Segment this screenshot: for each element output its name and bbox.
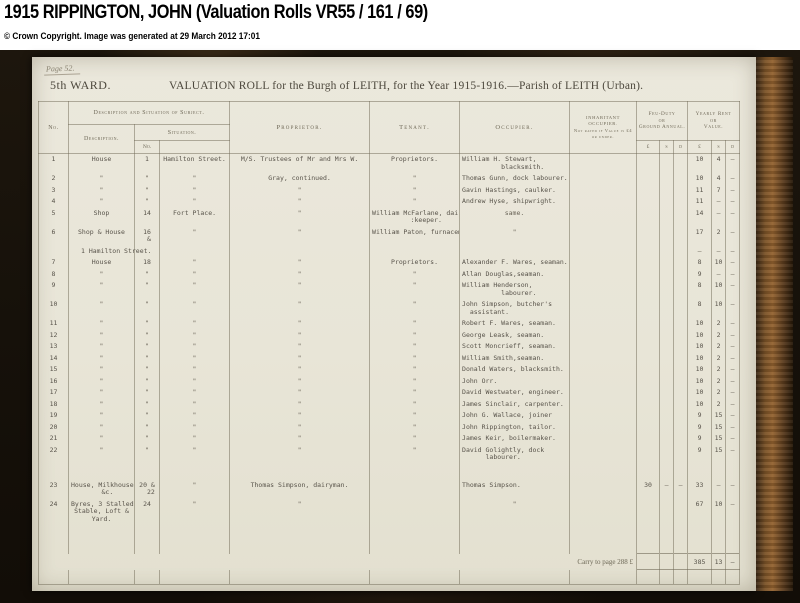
- cell: –: [726, 196, 740, 208]
- cell: ": [370, 318, 460, 330]
- page-number-note: Page 52.: [44, 63, 81, 75]
- cell: ": [135, 269, 160, 281]
- cell: ": [370, 364, 460, 376]
- filler-row: [39, 570, 740, 585]
- cell: –: [726, 154, 740, 174]
- cell: 2: [712, 364, 726, 376]
- cell: [674, 269, 688, 281]
- cell: Allan Douglas,seaman.: [460, 269, 570, 281]
- cell: [660, 422, 674, 434]
- cell: ": [135, 399, 160, 411]
- cell: ": [135, 410, 160, 422]
- cell: 4: [712, 154, 726, 174]
- cell: [370, 246, 460, 258]
- cell: [674, 341, 688, 353]
- valuation-row: 1 Hamilton Street.–––: [39, 246, 740, 258]
- cell: 23: [39, 464, 69, 499]
- valuation-row: 17"""""David Westwater, engineer.102–: [39, 387, 740, 399]
- cell: [570, 257, 637, 269]
- cell: [570, 341, 637, 353]
- cell: 16 &: [135, 227, 160, 246]
- cell: –: [726, 399, 740, 411]
- cell: [674, 227, 688, 246]
- rent-pence: d: [726, 141, 740, 154]
- cell: 2: [712, 330, 726, 342]
- cell: ": [160, 399, 230, 411]
- cell: [637, 318, 660, 330]
- rent-shillings: s: [712, 141, 726, 154]
- feu-total-shillings: [660, 554, 674, 570]
- cell: [660, 227, 674, 246]
- valuation-row: 9"""""William Henderson, labourer.810–: [39, 280, 740, 299]
- cell: [637, 154, 660, 174]
- cell: 15: [39, 364, 69, 376]
- cell: ": [135, 196, 160, 208]
- roll-title: VALUATION ROLL for the Burgh of LEITH, f…: [169, 80, 643, 92]
- cell: William Smith,seaman.: [460, 353, 570, 365]
- cell: ": [69, 422, 135, 434]
- cell: 10: [688, 173, 712, 185]
- valuation-row: 3"""""Gavin Hastings, caulker.117–: [39, 185, 740, 197]
- cell: [570, 499, 637, 526]
- cell: –: [726, 185, 740, 197]
- valuation-row: 8"""""Allan Douglas,seaman.9––: [39, 269, 740, 281]
- cell: 10: [688, 341, 712, 353]
- cell: ": [160, 422, 230, 434]
- cell: 9: [688, 422, 712, 434]
- feu-shillings: s: [660, 141, 674, 154]
- cell: –: [726, 257, 740, 269]
- cell: 10: [39, 299, 69, 318]
- cell: –: [726, 330, 740, 342]
- feu-total-pence: [674, 554, 688, 570]
- cell: [674, 364, 688, 376]
- cell: [637, 227, 660, 246]
- cell: ": [69, 410, 135, 422]
- cell: 8: [39, 269, 69, 281]
- cell: ": [135, 299, 160, 318]
- cell: Robert F. Wares, seaman.: [460, 318, 570, 330]
- cell: 9: [39, 280, 69, 299]
- cell: [660, 399, 674, 411]
- cell: 20: [39, 422, 69, 434]
- cell: [674, 196, 688, 208]
- cell: [637, 353, 660, 365]
- cell: [660, 154, 674, 174]
- cell: 1: [135, 154, 160, 174]
- cell: [637, 422, 660, 434]
- cell: [660, 341, 674, 353]
- cell: 24: [135, 499, 160, 526]
- cell: –: [712, 208, 726, 227]
- cell: James Keir, boilermaker.: [460, 433, 570, 445]
- cell: [637, 280, 660, 299]
- cell: –: [726, 464, 740, 499]
- valuation-roll-page: Page 52. 5th WARD. VALUATION ROLL for th…: [32, 57, 756, 591]
- cell: 17: [39, 387, 69, 399]
- cell: ": [69, 269, 135, 281]
- cell: [570, 299, 637, 318]
- cell: ": [370, 445, 460, 464]
- cell: ": [230, 364, 370, 376]
- cell: ": [460, 499, 570, 526]
- cell: [570, 227, 637, 246]
- cell: ": [69, 387, 135, 399]
- cell: ": [135, 353, 160, 365]
- cell: ": [69, 399, 135, 411]
- valuation-row: 6Shop & House16 &""William Paton, furnac…: [39, 227, 740, 246]
- cell: –: [726, 227, 740, 246]
- cell: ": [230, 299, 370, 318]
- cell: [637, 410, 660, 422]
- cell: [674, 353, 688, 365]
- cell: –: [726, 410, 740, 422]
- cell: same.: [460, 208, 570, 227]
- cell: 10: [688, 330, 712, 342]
- cell: [674, 246, 688, 258]
- cell: [660, 410, 674, 422]
- cell: Byres, 3 Stalled Stable, Loft & Yard.: [69, 499, 135, 526]
- cell: ": [370, 433, 460, 445]
- cell: ": [230, 185, 370, 197]
- cell: ": [160, 330, 230, 342]
- col-yearly-rent: Yearly Rent or Value.: [688, 102, 740, 141]
- cell: William Paton, furnaceman.: [370, 227, 460, 246]
- col-description: Description.: [69, 125, 135, 154]
- valuation-row: 10"""""John Simpson, butcher's assistant…: [39, 299, 740, 318]
- cell: 10: [688, 376, 712, 388]
- cell: Proprietors.: [370, 257, 460, 269]
- cell: –: [726, 364, 740, 376]
- cell: ": [160, 257, 230, 269]
- rent-pound: £: [688, 141, 712, 154]
- cell: ": [160, 269, 230, 281]
- cell: Shop: [69, 208, 135, 227]
- cell: [674, 499, 688, 526]
- cell: [637, 299, 660, 318]
- cell: ": [230, 353, 370, 365]
- cell: [570, 330, 637, 342]
- cell: [570, 387, 637, 399]
- cell: ": [160, 387, 230, 399]
- cell: ": [135, 387, 160, 399]
- pound-sign: £: [630, 558, 634, 566]
- cell: 3: [39, 185, 69, 197]
- cell: ": [160, 464, 230, 499]
- cell: 11: [39, 318, 69, 330]
- cell: 16: [39, 376, 69, 388]
- cell: 10: [712, 257, 726, 269]
- cell: ": [370, 422, 460, 434]
- cell: ": [160, 185, 230, 197]
- cell: ": [160, 445, 230, 464]
- cell: ": [69, 196, 135, 208]
- carry-label-cell: Carry to page 288 £: [570, 554, 637, 570]
- table-footer: Carry to page 288 £ 385 13 –: [39, 525, 740, 585]
- cell: ": [135, 341, 160, 353]
- rent-total-shillings: 13: [712, 554, 726, 570]
- cell: [570, 433, 637, 445]
- cell: [674, 330, 688, 342]
- cell: 33: [688, 464, 712, 499]
- cell: [570, 269, 637, 281]
- cell: [230, 246, 370, 258]
- cell: Alexander F. Wares, seaman.: [460, 257, 570, 269]
- cell: ": [160, 410, 230, 422]
- cell: [660, 208, 674, 227]
- cell: ": [160, 318, 230, 330]
- cell: [674, 318, 688, 330]
- cell: ": [230, 208, 370, 227]
- cell: William McFarlane, dairy- :keeper.: [370, 208, 460, 227]
- cell: [660, 173, 674, 185]
- cell: Gray, continued.: [230, 173, 370, 185]
- cell: [370, 499, 460, 526]
- cell: [674, 208, 688, 227]
- cell: ": [370, 399, 460, 411]
- cell: [637, 173, 660, 185]
- caption-bar: 1915 RIPPINGTON, JOHN (Valuation Rolls V…: [0, 0, 800, 50]
- cell: 11: [688, 185, 712, 197]
- cell: Andrew Hyse, shipwright.: [460, 196, 570, 208]
- cell: 18: [39, 399, 69, 411]
- cell: Gavin Hastings, caulker.: [460, 185, 570, 197]
- cell: 2: [712, 387, 726, 399]
- cell: [570, 154, 637, 174]
- cell: 15: [712, 410, 726, 422]
- record-title: 1915 RIPPINGTON, JOHN (Valuation Rolls V…: [4, 2, 428, 24]
- cell: ": [135, 173, 160, 185]
- cell: William Henderson, labourer.: [460, 280, 570, 299]
- cell: [674, 299, 688, 318]
- cell: ": [230, 422, 370, 434]
- feu-pound: £: [637, 141, 660, 154]
- cell: [570, 410, 637, 422]
- cell: 10: [688, 387, 712, 399]
- cell: [674, 445, 688, 464]
- cell: 15: [712, 422, 726, 434]
- document-photo[interactable]: Page 52. 5th WARD. VALUATION ROLL for th…: [0, 50, 800, 603]
- cell: [637, 399, 660, 411]
- cell: [570, 464, 637, 499]
- cell: House, Milkhouse, &c.: [69, 464, 135, 499]
- valuation-table: No. Description and Situation of Subject…: [38, 101, 740, 585]
- cell: –: [726, 269, 740, 281]
- cell: Thomas Simpson.: [460, 464, 570, 499]
- cell: –: [712, 196, 726, 208]
- valuation-row: 16"""""John Orr.102–: [39, 376, 740, 388]
- record-viewer: 1915 RIPPINGTON, JOHN (Valuation Rolls V…: [0, 0, 800, 603]
- cell: ": [230, 387, 370, 399]
- cell: 19: [39, 410, 69, 422]
- cell: ": [69, 299, 135, 318]
- valuation-row: 13"""""Scott Moncrieff, seaman.102–: [39, 341, 740, 353]
- valuation-row: 14"""""William Smith,seaman.102–: [39, 353, 740, 365]
- cell: [637, 433, 660, 445]
- cell: ": [160, 433, 230, 445]
- cell: [637, 246, 660, 258]
- cell: 7: [712, 185, 726, 197]
- valuation-row: 23House, Milkhouse, &c.20 & 22"Thomas Si…: [39, 464, 740, 499]
- cell: 10: [688, 353, 712, 365]
- cell: 20 & 22: [135, 464, 160, 499]
- cell: ": [370, 299, 460, 318]
- cell: ": [160, 227, 230, 246]
- valuation-row: 2"""Gray, continued."Thomas Gunn, dock l…: [39, 173, 740, 185]
- cell: [637, 376, 660, 388]
- cell: –: [726, 173, 740, 185]
- cell: [674, 410, 688, 422]
- col-feu-duty: Feu-Duty or Ground Annual.: [637, 102, 688, 141]
- cell: 2: [712, 353, 726, 365]
- cell: ": [230, 499, 370, 526]
- col-group-desc-sit: Description and Situation of Subject.: [69, 102, 230, 125]
- cell: [570, 422, 637, 434]
- col-occupier: Occupier.: [460, 102, 570, 154]
- cell: –: [726, 353, 740, 365]
- cell: 67: [688, 499, 712, 526]
- cell: John G. Wallace, joiner: [460, 410, 570, 422]
- cell: ": [69, 433, 135, 445]
- cell: ": [370, 376, 460, 388]
- valuation-row: 20"""""John Rippington, tailor.915–: [39, 422, 740, 434]
- cell: 2: [39, 173, 69, 185]
- cell: Hamilton Street.: [160, 154, 230, 174]
- cell: ": [230, 269, 370, 281]
- cell: 9: [688, 445, 712, 464]
- cell: [637, 208, 660, 227]
- cell: ": [160, 376, 230, 388]
- cell: ": [160, 299, 230, 318]
- cell: 14: [688, 208, 712, 227]
- cell: 13: [39, 341, 69, 353]
- cell: John Rippington, tailor.: [460, 422, 570, 434]
- valuation-row: 4"""""Andrew Hyse, shipwright.11––: [39, 196, 740, 208]
- col-no: No.: [39, 102, 69, 154]
- cell: House: [69, 154, 135, 174]
- cell: 2: [712, 399, 726, 411]
- valuation-rows: 1House1Hamilton Street.M/S. Trustees of …: [39, 154, 740, 526]
- book-page-edges: [756, 57, 793, 591]
- rent-total-pounds: 385: [688, 554, 712, 570]
- cell: [674, 376, 688, 388]
- cell: [39, 246, 69, 258]
- valuation-row: 24Byres, 3 Stalled Stable, Loft & Yard.2…: [39, 499, 740, 526]
- cell: 30: [637, 464, 660, 499]
- col-inhabitant-occupier: INHABITANT OCCUPIER. Not rated if Value …: [570, 102, 637, 154]
- cell: 14: [135, 208, 160, 227]
- cell: [660, 376, 674, 388]
- cell: 15: [712, 433, 726, 445]
- cell: James Sinclair, carpenter.: [460, 399, 570, 411]
- cell: [637, 364, 660, 376]
- cell: [660, 280, 674, 299]
- cell: [660, 499, 674, 526]
- cell: [674, 185, 688, 197]
- cell: –: [688, 246, 712, 258]
- cell: [570, 353, 637, 365]
- cell: ": [230, 445, 370, 464]
- col-tenant: Tenant.: [370, 102, 460, 154]
- cell: ": [230, 257, 370, 269]
- cell: ": [69, 280, 135, 299]
- cell: Shop & House: [69, 227, 135, 246]
- cell: 12: [39, 330, 69, 342]
- cell: ": [370, 185, 460, 197]
- cell: ": [370, 173, 460, 185]
- cell: ": [370, 387, 460, 399]
- carry-forward-row: Carry to page 288 £ 385 13 –: [39, 554, 740, 570]
- cell: 18: [135, 257, 160, 269]
- cell: 9: [688, 410, 712, 422]
- cell: [570, 196, 637, 208]
- valuation-row: 19"""""John G. Wallace, joiner915–: [39, 410, 740, 422]
- cell: ": [370, 410, 460, 422]
- cell: ": [230, 376, 370, 388]
- cell: [674, 399, 688, 411]
- cell: ": [370, 341, 460, 353]
- cell: ": [160, 364, 230, 376]
- cell: [370, 464, 460, 499]
- carry-blank: [39, 554, 570, 570]
- col-proprietor: Proprietor.: [230, 102, 370, 154]
- cell: 10: [688, 318, 712, 330]
- cell: –: [726, 445, 740, 464]
- col-street-no: No.: [135, 141, 160, 154]
- cell: ": [160, 280, 230, 299]
- cell: ": [135, 330, 160, 342]
- valuation-row: 22"""""David Golightly, dock labourer.91…: [39, 445, 740, 464]
- ward-label: 5th WARD.: [50, 78, 111, 93]
- cell: 5: [39, 208, 69, 227]
- cell: 6: [39, 227, 69, 246]
- cell: [570, 399, 637, 411]
- cell: [660, 433, 674, 445]
- cell: [637, 499, 660, 526]
- cell: 9: [688, 433, 712, 445]
- cell: 1 Hamilton Street.: [69, 246, 135, 258]
- cell: –: [726, 376, 740, 388]
- cell: –: [712, 464, 726, 499]
- cell: 8: [688, 280, 712, 299]
- col-situation: Situation.: [135, 125, 230, 141]
- cell: –: [726, 299, 740, 318]
- cell: ": [230, 318, 370, 330]
- blank-gap-row: [39, 525, 740, 554]
- cell: [160, 246, 230, 258]
- cell: ": [135, 376, 160, 388]
- cell: ": [160, 353, 230, 365]
- cell: George Leask, seaman.: [460, 330, 570, 342]
- cell: David Golightly, dock labourer.: [460, 445, 570, 464]
- cell: ": [135, 422, 160, 434]
- cell: [674, 257, 688, 269]
- cell: 10: [712, 299, 726, 318]
- cell: ": [230, 399, 370, 411]
- cell: –: [674, 464, 688, 499]
- cell: [660, 318, 674, 330]
- cell: [674, 154, 688, 174]
- cell: ": [230, 341, 370, 353]
- cell: 2: [712, 341, 726, 353]
- cell: 10: [712, 499, 726, 526]
- cell: [674, 280, 688, 299]
- cell: ": [69, 376, 135, 388]
- cell: [637, 387, 660, 399]
- cell: Scott Moncrieff, seaman.: [460, 341, 570, 353]
- cell: 14: [39, 353, 69, 365]
- cell: [570, 208, 637, 227]
